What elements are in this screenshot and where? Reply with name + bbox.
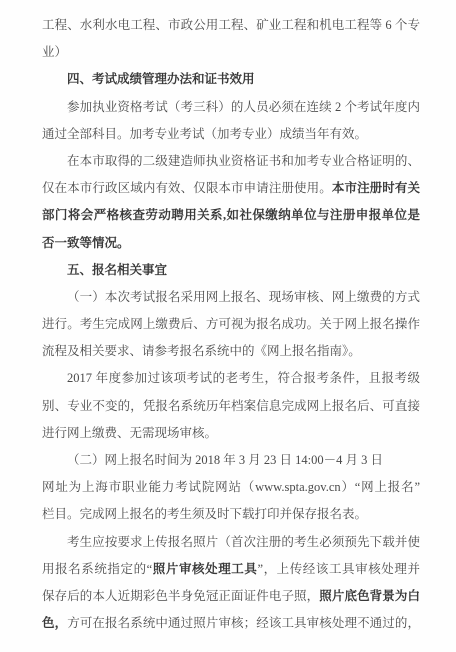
text-segment: 工程、水利水电工程、市政公用工程、矿业工程和机电工程等 6 个专: [42, 18, 420, 32]
document-line: 考生应按要求上传报名照片（首次注册的考生必须预先下载并使: [42, 529, 420, 556]
bold-text-segment: 照片审核处理工具: [152, 562, 257, 576]
bold-text-segment: 否一致等情况。: [42, 236, 130, 250]
text-segment: 栏目。完成网上报名的考生须及时下载打印并保存报名表。: [42, 507, 367, 521]
document-line: 用报名系统指定的“照片审核处理工具”，上传经该工具审核处理并: [42, 556, 420, 583]
document-line: （一）本次考试报名采用网上报名、现场审核、网上缴费的方式: [42, 284, 420, 311]
document-line: 色，方可在报名系统中通过照片审核；经该工具审核处理不通过的，: [42, 610, 420, 637]
bold-text-segment: 色，: [42, 616, 67, 630]
document-line: 流程及相关要求、请参考报名系统中的《网上报名指南》。: [42, 338, 420, 365]
bold-text-segment: 本市注册时有关: [332, 181, 420, 195]
document-page: 工程、水利水电工程、市政公用工程、矿业工程和机电工程等 6 个专业）四、考试成绩…: [0, 0, 456, 652]
document-line: 否一致等情况。: [42, 230, 420, 257]
text-segment: 业）: [42, 45, 67, 59]
bold-text-segment: 五、报名相关事宜: [67, 263, 167, 277]
document-line: 别、专业不变的，凭报名系统历年档案信息完成网上报名后、可直接: [42, 393, 420, 420]
text-segment: 通过全部科目。加考专业考试（加考专业）成绩当年有效。: [42, 127, 367, 141]
text-segment: 在本市取得的二级建造师执业资格证书和加考专业合格证明的、: [67, 154, 420, 168]
bold-text-segment: 四、考试成绩管理办法和证书效用: [67, 72, 255, 86]
document-line: 2017 年度参加过该项考试的老考生，符合报考条件，且报考级: [42, 365, 420, 392]
document-line: 工程、水利水电工程、市政公用工程、矿业工程和机电工程等 6 个专: [42, 12, 420, 39]
text-segment: 参加执业资格考试（考三科）的人员必须在连续 2 个考试年度内: [67, 100, 420, 114]
text-segment: 流程及相关要求、请参考报名系统中的《网上报名指南》。: [42, 344, 361, 358]
text-segment: 方可在报名系统中通过照片审核；经该工具审核处理不通过的，: [67, 616, 420, 630]
document-line: 进行网上缴费、无需现场审核。: [42, 420, 420, 447]
document-line: 部门将会严格核查劳动聘用关系,如社保缴纳单位与注册申报单位是: [42, 202, 420, 229]
text-segment: （二）网上报名时间为 2018 年 3 月 23 日 14:00－4 月 3 日…: [42, 453, 383, 474]
document-line: 在本市取得的二级建造师执业资格证书和加考专业合格证明的、: [42, 148, 420, 175]
document-line: 仅在本市行政区域内有效、仅限本市申请注册使用。本市注册时有关: [42, 175, 420, 202]
document-line: 业）: [42, 39, 420, 66]
document-line: 网址为上海市职业能力考试院网站（www.spta.gov.cn）“网上报名”: [42, 474, 420, 501]
text-segment: 仅在本市行政区域内有效、仅限本市申请注册使用。: [42, 181, 332, 195]
text-segment: 网址为上海市职业能力考试院网站（www.spta.gov.cn）“网上报名”: [42, 480, 420, 494]
text-segment: 保存后的本人近期彩色半身免冠正面证件电子照，: [42, 589, 319, 603]
text-segment: 进行网上缴费、无需现场审核。: [42, 426, 217, 440]
section-heading: 四、考试成绩管理办法和证书效用: [42, 66, 420, 93]
bold-text-segment: 照片底色背景为白: [319, 589, 420, 603]
text-segment: 别、专业不变的，凭报名系统历年档案信息完成网上报名后、可直接: [42, 399, 420, 413]
document-line: 参加执业资格考试（考三科）的人员必须在连续 2 个考试年度内: [42, 94, 420, 121]
text-segment: （一）本次考试报名采用网上报名、现场审核、网上缴费的方式: [67, 290, 420, 304]
document-line: 保存后的本人近期彩色半身免冠正面证件电子照，照片底色背景为白: [42, 583, 420, 610]
document-line: 通过全部科目。加考专业考试（加考专业）成绩当年有效。: [42, 121, 420, 148]
text-segment: 考生应按要求上传报名照片（首次注册的考生必须预先下载并使: [67, 535, 420, 549]
document-line: 进行。考生完成网上缴费后、方可视为报名成功。关于网上报名操作: [42, 311, 420, 338]
text-segment: 进行。考生完成网上缴费后、方可视为报名成功。关于网上报名操作: [42, 317, 420, 331]
text-segment: ”，上传经该工具审核处理并: [257, 562, 420, 576]
document-line: （二）网上报名时间为 2018 年 3 月 23 日 14:00－4 月 3 日…: [42, 447, 420, 474]
bold-text-segment: 部门将会严格核查劳动聘用关系,如社保缴纳单位与注册申报单位是: [42, 208, 420, 222]
text-segment: 用报名系统指定的“: [42, 562, 152, 576]
text-segment: 2017 年度参加过该项考试的老考生，符合报考条件，且报考级: [67, 371, 420, 385]
document-line: 栏目。完成网上报名的考生须及时下载打印并保存报名表。: [42, 501, 420, 528]
section-heading: 五、报名相关事宜: [42, 257, 420, 284]
